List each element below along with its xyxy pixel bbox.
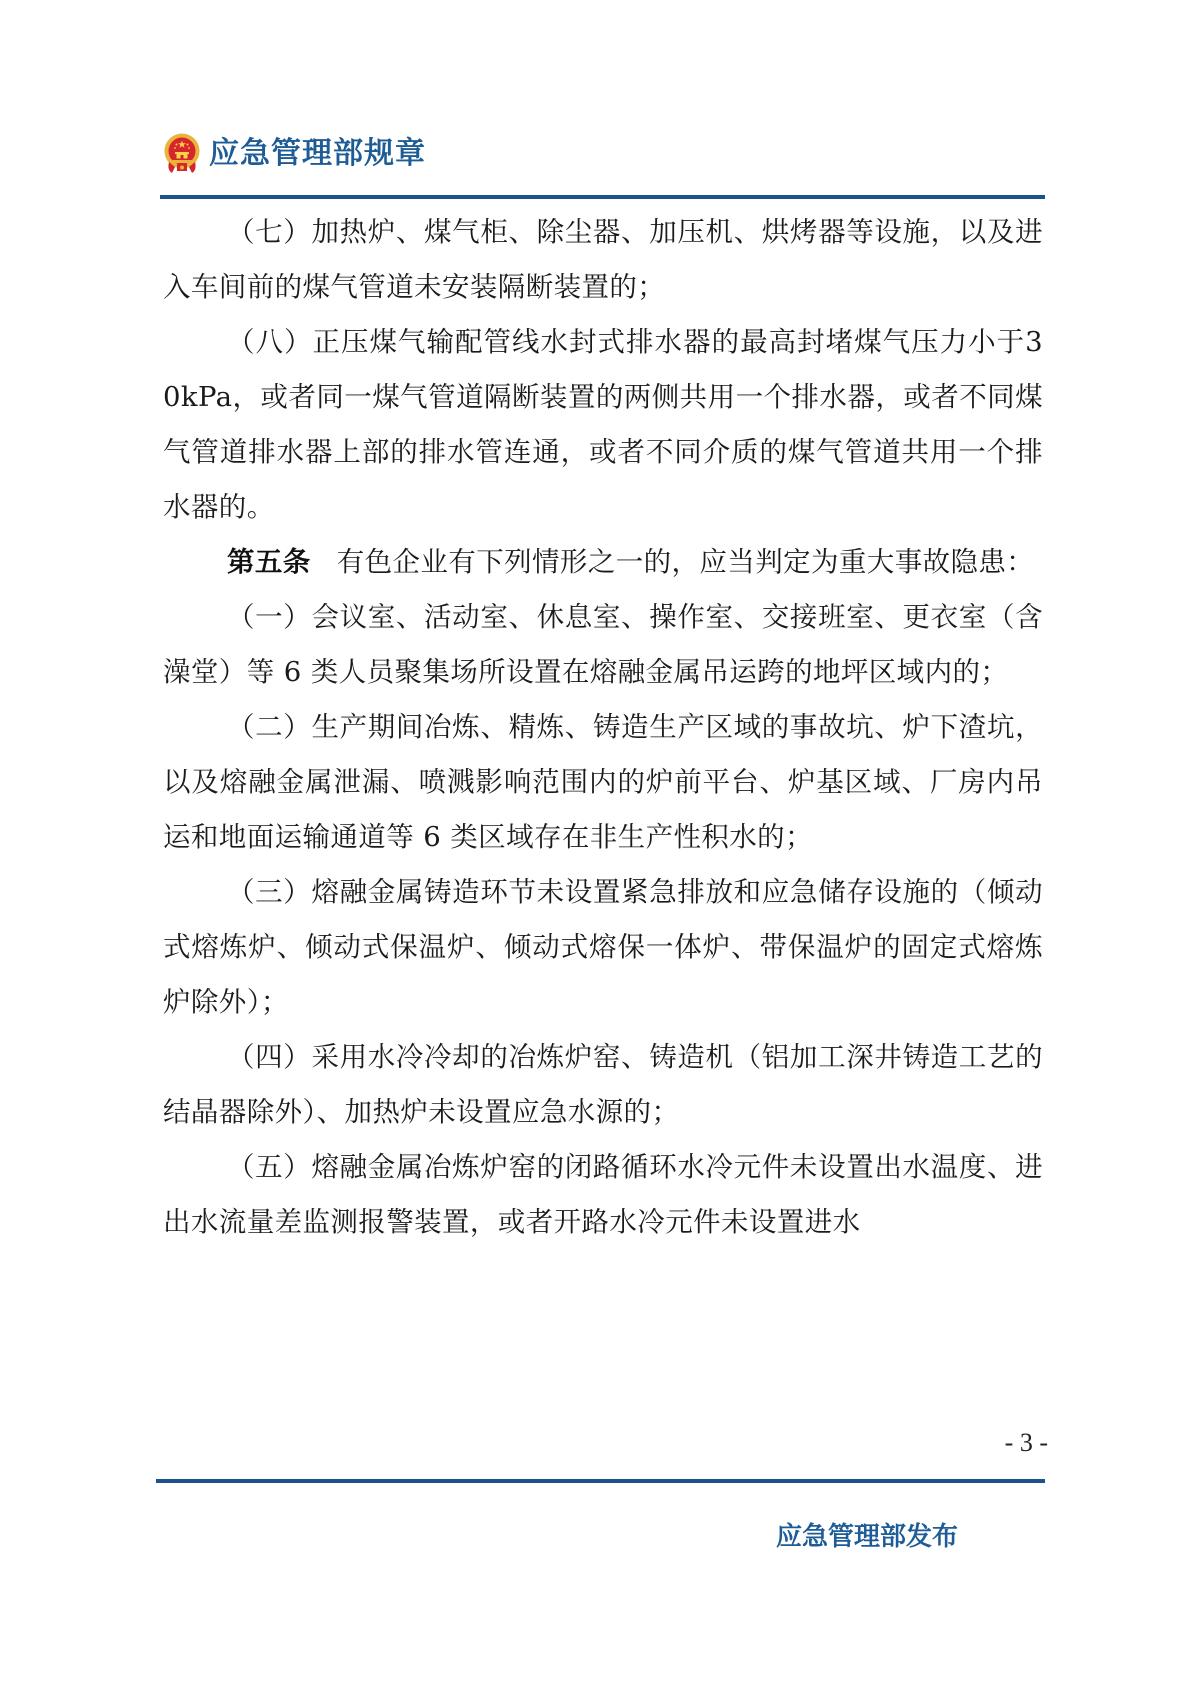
paragraph-text: （二）生产期间冶炼、精炼、铸造生产区域的事故坑、炉下渣坑，以及熔融金属泄漏、喷溅… [163, 711, 1043, 853]
document-header: 应急管理部规章 [163, 130, 426, 178]
paragraph-text: 有色企业有下列情形之一的，应当判定为重大事故隐患： [337, 546, 1035, 578]
document-body: （七）加热炉、煤气柜、除尘器、加压机、烘烤器等设施，以及进入车间前的煤气管道未安… [163, 205, 1043, 1250]
publisher-label: 应急管理部发布 [776, 1516, 958, 1553]
paragraph-item-3: （三）熔融金属铸造环节未设置紧急排放和应急储存设施的（倾动式熔炼炉、倾动式保温炉… [163, 865, 1043, 1030]
paragraph-item-2: （二）生产期间冶炼、精炼、铸造生产区域的事故坑、炉下渣坑，以及熔融金属泄漏、喷溅… [163, 700, 1043, 865]
footer-divider [156, 1479, 1045, 1483]
article-5-paragraph: 第五条有色企业有下列情形之一的，应当判定为重大事故隐患： [163, 535, 1043, 590]
paragraph-item-5: （五）熔融金属冶炼炉窑的闭路循环水冷元件未设置出水温度、进出水流量差监测报警装置… [163, 1140, 1043, 1250]
page-number: - 3 - [958, 1428, 1048, 1458]
paragraph-text: （七）加热炉、煤气柜、除尘器、加压机、烘烤器等设施，以及进入车间前的煤气管道未安… [163, 216, 1043, 303]
article-label: 第五条 [227, 546, 311, 578]
paragraph-text: （三）熔融金属铸造环节未设置紧急排放和应急储存设施的（倾动式熔炼炉、倾动式保温炉… [163, 876, 1043, 1018]
document-title: 应急管理部规章 [209, 134, 426, 174]
paragraph-text: （四）采用水冷冷却的冶炼炉窑、铸造机（铝加工深井铸造工艺的结晶器除外）、加热炉未… [163, 1041, 1043, 1128]
paragraph-item-7: （七）加热炉、煤气柜、除尘器、加压机、烘烤器等设施，以及进入车间前的煤气管道未安… [163, 205, 1043, 315]
paragraph-text: （一）会议室、活动室、休息室、操作室、交接班室、更衣室（含澡堂）等 6 类人员聚… [163, 601, 1043, 688]
paragraph-text: （五）熔融金属冶炼炉窑的闭路循环水冷元件未设置出水温度、进出水流量差监测报警装置… [163, 1151, 1043, 1238]
header-divider [160, 195, 1045, 199]
paragraph-item-8: （八）正压煤气输配管线水封式排水器的最高封堵煤气压力小于30kPa，或者同一煤气… [163, 315, 1043, 535]
national-emblem-icon [163, 132, 201, 176]
paragraph-item-4: （四）采用水冷冷却的冶炼炉窑、铸造机（铝加工深井铸造工艺的结晶器除外）、加热炉未… [163, 1030, 1043, 1140]
paragraph-item-1: （一）会议室、活动室、休息室、操作室、交接班室、更衣室（含澡堂）等 6 类人员聚… [163, 590, 1043, 700]
paragraph-text: （八）正压煤气输配管线水封式排水器的最高封堵煤气压力小于30kPa，或者同一煤气… [163, 326, 1043, 523]
